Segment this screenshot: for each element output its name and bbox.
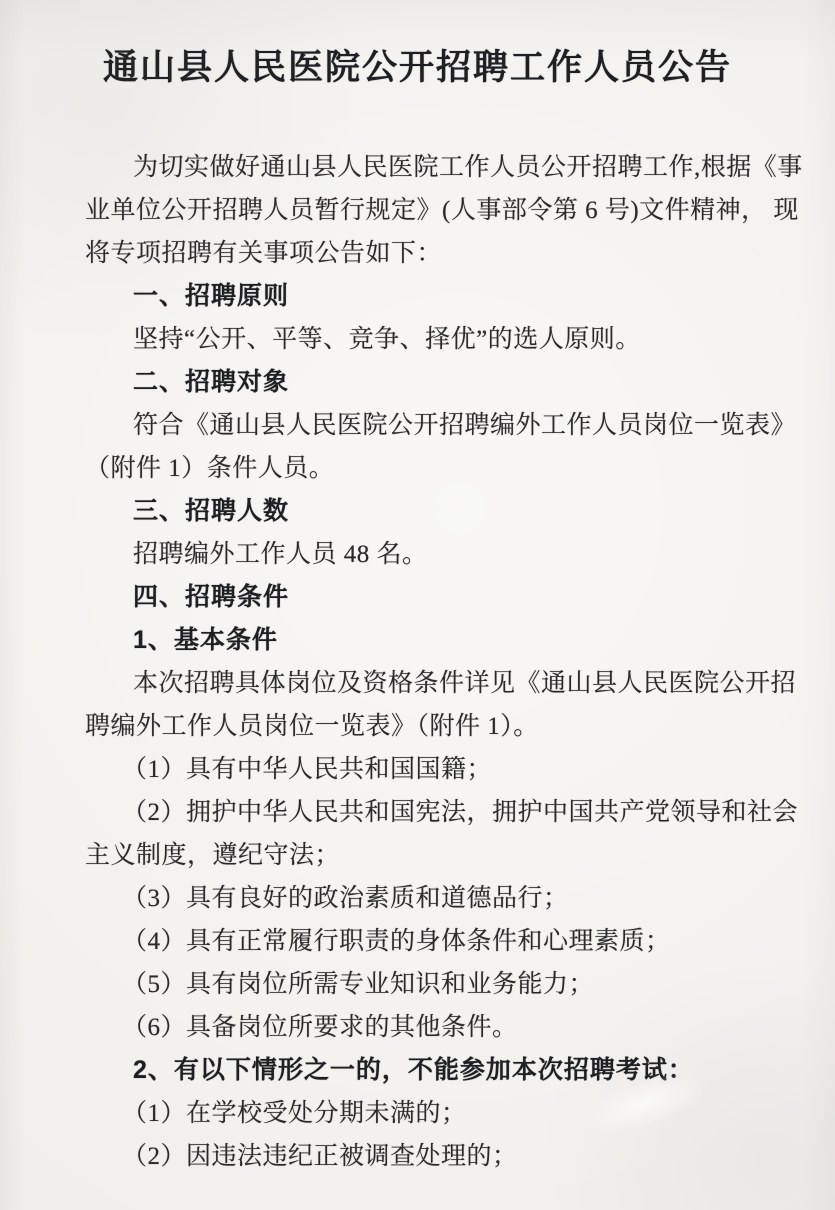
scanned-announcement-page: 通山县人民医院公开招聘工作人员公告 为切实做好通山县人民医院工作人员公开招聘工作…	[0, 0, 835, 1210]
text-line: 业单位公开招聘人员暂行规定》(人事部令第 6 号)文件精神， 现	[85, 189, 805, 232]
text-line: （2）因违法违纪正被调查处理的；	[85, 1135, 805, 1178]
text-line: （3）具有良好的政治素质和道德品行；	[85, 877, 805, 920]
text-line: （1）具有中华人民共和国国籍；	[85, 748, 805, 791]
text-line: （5）具有岗位所需专业知识和业务能力；	[85, 963, 805, 1006]
section-heading: 三、招聘人数	[85, 490, 805, 533]
section-heading: 1、基本条件	[85, 619, 805, 662]
text-line: 将专项招聘有关事项公告如下：	[85, 232, 805, 275]
text-line: 主义制度，遵纪守法；	[85, 834, 805, 877]
section-heading: 二、招聘对象	[85, 361, 805, 404]
text-line: 聘编外工作人员岗位一览表》（附件 1）。	[85, 705, 805, 748]
text-line: （6）具备岗位所要求的其他条件。	[85, 1006, 805, 1049]
text-line: （4）具有正常履行职责的身体条件和心理素质；	[85, 920, 805, 963]
text-line: 坚持“公开、平等、竞争、择优”的选人原则。	[85, 318, 805, 361]
text-line: 为切实做好通山县人民医院工作人员公开招聘工作,根据《事	[85, 146, 805, 189]
document-title: 通山县人民医院公开招聘工作人员公告	[0, 40, 835, 90]
text-line: 符合《通山县人民医院公开招聘编外工作人员岗位一览表》	[85, 404, 805, 447]
text-line: （附件 1）条件人员。	[85, 447, 805, 490]
text-line: 招聘编外工作人员 48 名。	[85, 533, 805, 576]
text-line: （1）在学校受处分期未满的；	[85, 1092, 805, 1135]
section-heading: 2、有以下情形之一的，不能参加本次招聘考试：	[85, 1049, 805, 1092]
document-body: 为切实做好通山县人民医院工作人员公开招聘工作,根据《事业单位公开招聘人员暂行规定…	[85, 146, 805, 1178]
text-line: （2）拥护中华人民共和国宪法，拥护中国共产党领导和社会	[85, 791, 805, 834]
text-line: 本次招聘具体岗位及资格条件详见《通山县人民医院公开招	[85, 662, 805, 705]
section-heading: 一、招聘原则	[85, 275, 805, 318]
section-heading: 四、招聘条件	[85, 576, 805, 619]
